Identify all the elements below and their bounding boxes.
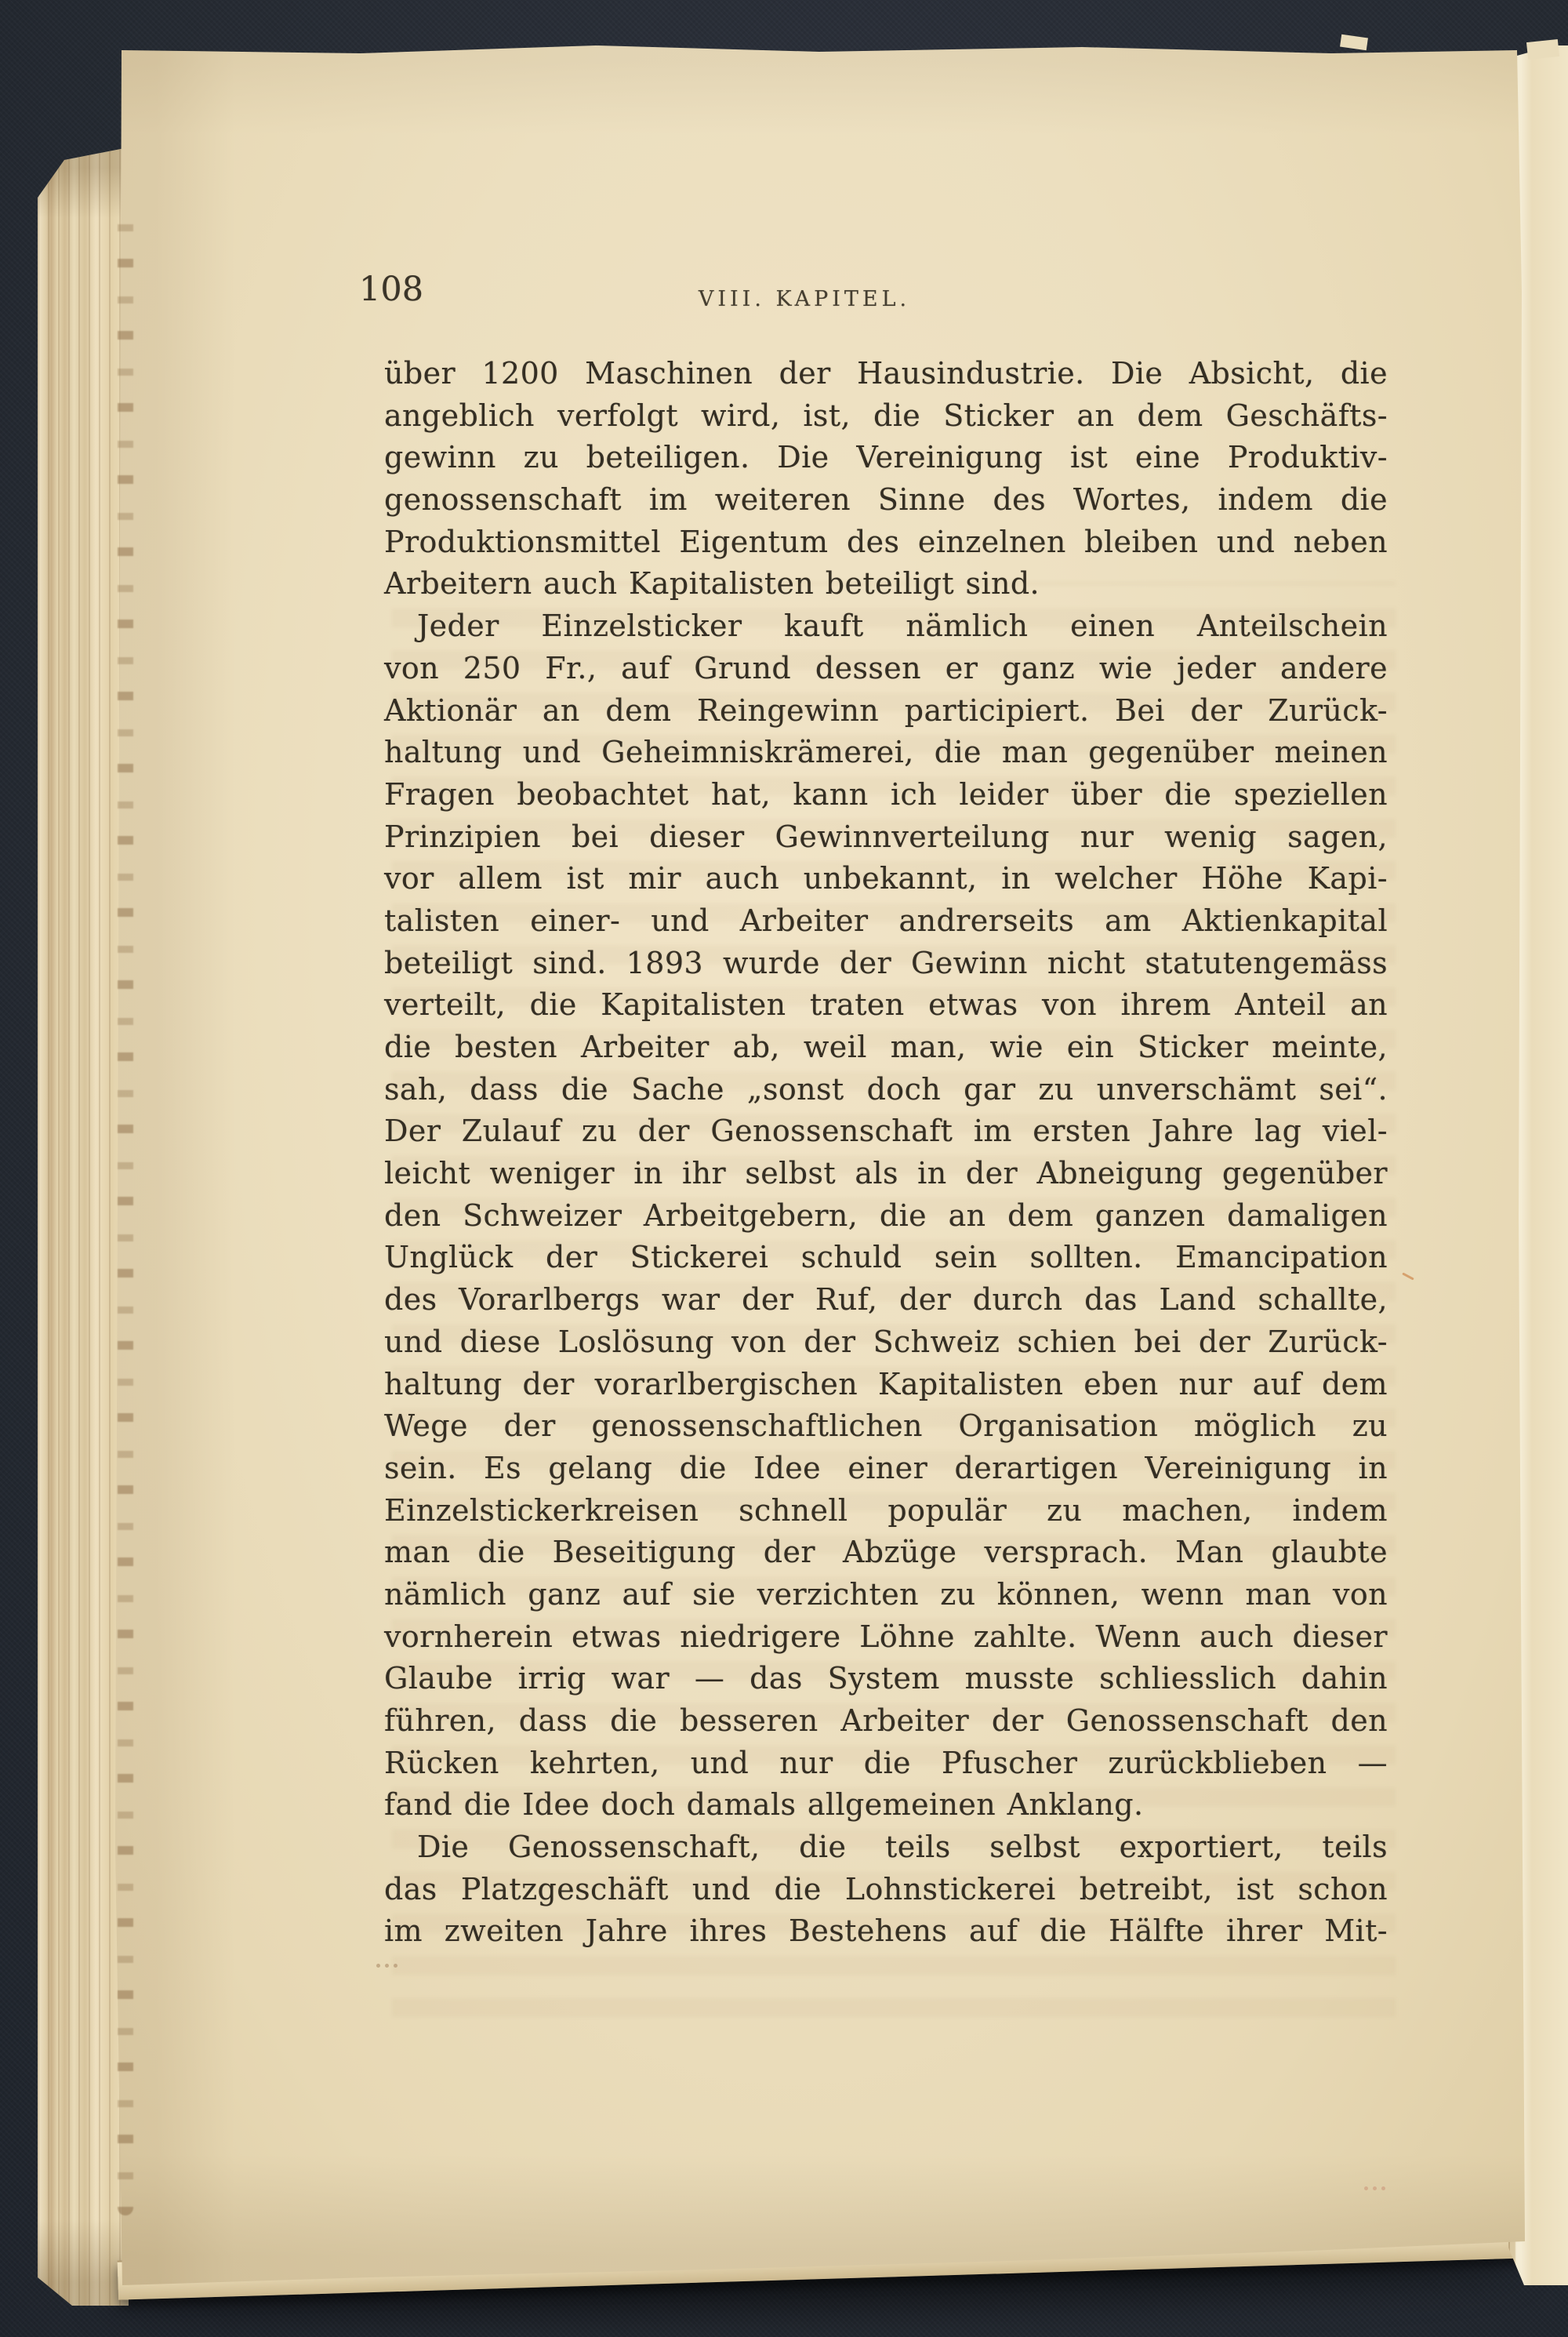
text-line: sein. Es gelang die Idee einer derartige…	[384, 1448, 1388, 1490]
text-line: über 1200 Maschinen der Hausindustrie. D…	[384, 353, 1388, 395]
text-line: haltung der vorarlbergischen Kapitaliste…	[384, 1364, 1388, 1406]
text-line: fand die Idee doch damals allgemeinen An…	[384, 1784, 1388, 1826]
text-line: Glaube irrig war — das System musste sch…	[384, 1658, 1388, 1700]
text-line: nämlich ganz auf sie verzichten zu könne…	[384, 1574, 1388, 1616]
text-line: das Platzgeschäft und die Lohnstickerei …	[384, 1869, 1388, 1911]
page-body: über 1200 Maschinen der Hausindustrie. D…	[384, 353, 1388, 1953]
text-line: Die Genossenschaft, die teils selbst exp…	[384, 1826, 1388, 1869]
text-line: im zweiten Jahre ihres Bestehens auf die…	[384, 1910, 1388, 1953]
text-line: die besten Arbeiter ab, weil man, wie ei…	[384, 1027, 1388, 1069]
deckle-bit	[1526, 39, 1559, 60]
text-line: Prinzipien bei dieser Gewinnverteilung n…	[384, 816, 1388, 859]
text-line: führen, dass die besseren Arbeiter der G…	[384, 1700, 1388, 1743]
deckle-bit	[1340, 35, 1368, 51]
page-edge-stack	[38, 147, 129, 2306]
text-line: man die Beseitigung der Abzüge versprach…	[384, 1532, 1388, 1574]
text-line: Einzelstickerkreisen schnell populär zu …	[384, 1490, 1388, 1532]
binding-stitch-marks	[118, 200, 133, 2215]
text-line: Unglück der Stickerei schuld sein sollte…	[384, 1237, 1388, 1279]
text-line: haltung und Geheimniskrämerei, die man g…	[384, 732, 1388, 774]
book-photo-background: 108 VIII. KAPITEL. über 1200 Maschinen d…	[0, 0, 1568, 2337]
stain-dots	[376, 1964, 397, 1968]
paragraph: Jeder Einzelsticker kauft nämlich einen …	[384, 605, 1388, 1826]
text-line: vornherein etwas niedrigere Löhne zahlte…	[384, 1616, 1388, 1659]
text-line: Aktionär an dem Reingewinn participiert.…	[384, 690, 1388, 732]
text-line: genossenschaft im weiteren Sinne des Wor…	[384, 479, 1388, 522]
text-line: leicht weniger in ihr selbst als in der …	[384, 1153, 1388, 1195]
text-line: Arbeitern auch Kapitalisten beteiligt si…	[384, 563, 1388, 605]
text-line: von 250 Fr., auf Grund dessen er ganz wi…	[384, 648, 1388, 690]
text-line: angeblich verfolgt wird, ist, die Sticke…	[384, 395, 1388, 438]
text-line: vor allem ist mir auch unbekannt, in wel…	[384, 858, 1388, 900]
text-line: Produktionsmittel Eigentum des einzelnen…	[384, 522, 1388, 564]
text-line: talisten einer- und Arbeiter andrerseits…	[384, 900, 1388, 943]
book-page: 108 VIII. KAPITEL. über 1200 Maschinen d…	[110, 41, 1529, 2295]
running-header: VIII. KAPITEL.	[699, 289, 910, 310]
text-line: Jeder Einzelsticker kauft nämlich einen …	[384, 605, 1388, 648]
text-line: und diese Loslösung von der Schweiz schi…	[384, 1321, 1388, 1364]
page-number: 108	[359, 273, 423, 307]
text-line: Wege der genossenschaftlichen Organisati…	[384, 1405, 1388, 1448]
paragraph: Die Genossenschaft, die teils selbst exp…	[384, 1826, 1388, 1953]
text-line: des Vorarlbergs war der Ruf, der durch d…	[384, 1279, 1388, 1321]
text-line: verteilt, die Kapitalisten traten etwas …	[384, 984, 1388, 1027]
text-line: gewinn zu beteiligen. Die Vereinigung is…	[384, 437, 1388, 479]
paragraph: über 1200 Maschinen der Hausindustrie. D…	[384, 353, 1388, 605]
stain-dots	[1364, 2186, 1385, 2190]
text-line: Der Zulauf zu der Genossenschaft im erst…	[384, 1110, 1388, 1153]
text-line: sah, dass die Sache „sonst doch gar zu u…	[384, 1069, 1388, 1111]
text-line: beteiligt sind. 1893 wurde der Gewinn ni…	[384, 943, 1388, 985]
fiber-stain	[1402, 1272, 1414, 1280]
text-line: Rücken kehrten, und nur die Pfuscher zur…	[384, 1743, 1388, 1785]
text-line: den Schweizer Arbeitgebern, die an dem g…	[384, 1195, 1388, 1238]
text-line: Fragen beobachtet hat, kann ich leider ü…	[384, 774, 1388, 816]
